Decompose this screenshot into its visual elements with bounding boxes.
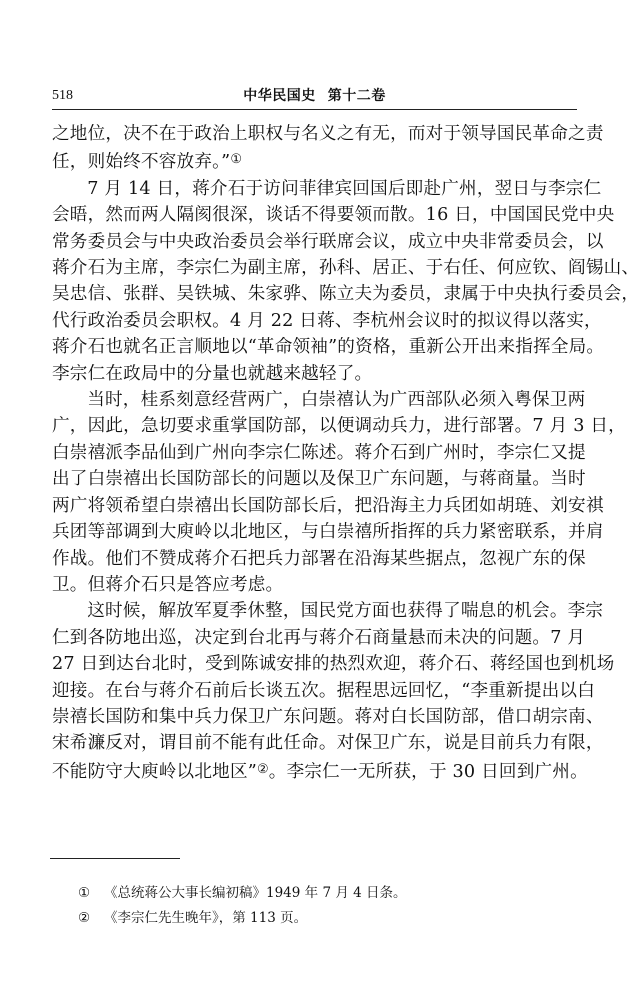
text-line: 代行政治委员会职权。4 月 22 日蒋、李杭州会议时的拟议得以落实， xyxy=(52,308,577,334)
paragraph: 之地位，决不在于政治上职权与名义之有无，而对于领导国民革命之责 任，则始终不容放… xyxy=(52,121,577,176)
body-text: 之地位，决不在于政治上职权与名义之有无，而对于领导国民革命之责 任，则始终不容放… xyxy=(52,121,577,785)
text-line: 这时候，解放军夏季休整，国民党方面也获得了喘息的机会。李宗 xyxy=(52,598,577,624)
text-line: 兵团等部调到大庾岭以北地区，与白崇禧所指挥的兵力紧密联系，并肩 xyxy=(52,519,577,545)
book-page: 518 中华民国史第十二卷 之地位，决不在于政治上职权与名义之有无，而对于领导国… xyxy=(0,0,644,1000)
text-line: 李宗仁在政局中的分量也就越来越轻了。 xyxy=(52,361,577,387)
footnotes: ① 《总统蒋公大事长编初稿》1949 年 7 月 4 日条。 ② 《李宗仁先生晚… xyxy=(78,881,558,931)
footnote: ② 《李宗仁先生晚年》，第 113 页。 xyxy=(78,906,558,931)
paragraph: 7 月 14 日，蒋介石于访问菲律宾回国后即赴广州，翌日与李宗仁 会晤，然而两人… xyxy=(52,176,577,387)
text-line: 当时，桂系刻意经营两广，白崇禧认为广西部队必须入粤保卫两 xyxy=(52,387,577,413)
text-line: 崇禧长国防和集中兵力保卫广东问题。蒋对白长国防部，借口胡宗南、 xyxy=(52,704,577,730)
text-line: 仁到各防地出巡，决定到台北再与蒋介石商量悬而未决的问题。7 月 xyxy=(52,625,577,651)
text-line: 常务委员会与中央政治委员会举行联席会议，成立中央非常委员会，以 xyxy=(52,229,577,255)
volume-label: 第十二卷 xyxy=(328,88,386,104)
book-title: 中华民国史第十二卷 xyxy=(52,86,577,106)
text-line: 卫。但蒋介石只是答应考虑。 xyxy=(52,572,577,598)
text-line: 7 月 14 日，蒋介石于访问菲律宾回国后即赴广州，翌日与李宗仁 xyxy=(52,176,577,202)
paragraph: 当时，桂系刻意经营两广，白崇禧认为广西部队必须入粤保卫两 广，因此，急切要求重掌… xyxy=(52,387,577,598)
footnote-marker: ② xyxy=(78,906,104,931)
text-line: 宋希濂反对，谓目前不能有此任命。对保卫广东，说是目前兵力有限， xyxy=(52,730,577,756)
text-line: 之地位，决不在于政治上职权与名义之有无，而对于领导国民革命之责 xyxy=(52,121,577,147)
text-line: 广，因此，急切要求重掌国防部，以便调动兵力，进行部署。7 月 3 日， xyxy=(52,413,577,439)
paragraph: 这时候，解放军夏季休整，国民党方面也获得了喘息的机会。李宗 仁到各防地出巡，决定… xyxy=(52,598,577,785)
text-line: 两广将领希望白崇禧出长国防部长后，把沿海主力兵团如胡琏、刘安祺 xyxy=(52,493,577,519)
text-line: 作战。他们不赞成蒋介石把兵力部署在沿海某些据点，忽视广东的保 xyxy=(52,546,577,572)
text-line: 白崇禧派李品仙到广州向李宗仁陈述。蒋介石到广州时，李宗仁又提 xyxy=(52,440,577,466)
footnote-text: 《李宗仁先生晚年》，第 113 页。 xyxy=(104,906,307,931)
text-line: 吴忠信、张群、吴铁城、朱家骅、陈立夫为委员，隶属于中央执行委员会， xyxy=(52,281,577,307)
text-line: 不能防守大庾岭以北地区”②。李宗仁一无所获，于 30 日回到广州。 xyxy=(52,757,577,785)
text-line: 蒋介石为主席，李宗仁为副主席，孙科、居正、于右任、何应钦、阎锡山、 xyxy=(52,255,577,281)
header-rule xyxy=(52,109,577,110)
footnote-reference[interactable]: ② xyxy=(257,762,269,777)
footnote: ① 《总统蒋公大事长编初稿》1949 年 7 月 4 日条。 xyxy=(78,881,558,906)
book-title-text: 中华民国史 xyxy=(243,88,316,104)
footnote-reference[interactable]: ① xyxy=(230,152,242,167)
text-line: 会晤，然而两人隔阂很深，谈话不得要领而散。16 日，中国国民党中央 xyxy=(52,202,577,228)
footnote-text: 《总统蒋公大事长编初稿》1949 年 7 月 4 日条。 xyxy=(104,881,407,906)
text-line: 出了白崇禧出长国防部长的问题以及保卫广东问题，与蒋商量。当时 xyxy=(52,466,577,492)
text-line: 27 日到达台北时，受到陈诚安排的热烈欢迎，蒋介石、蒋经国也到机场 xyxy=(52,651,577,677)
text-line: 迎接。在台与蒋介石前后长谈五次。据程思远回忆，“李重新提出以白 xyxy=(52,678,577,704)
text-line: 任，则始终不容放弃。”① xyxy=(52,147,577,175)
running-header: 518 中华民国史第十二卷 xyxy=(52,86,577,108)
text-line: 蒋介石也就名正言顺地以“革命领袖”的资格，重新公开出来指挥全局。 xyxy=(52,334,577,360)
footnote-marker: ① xyxy=(78,881,104,906)
footnote-rule xyxy=(50,858,180,859)
